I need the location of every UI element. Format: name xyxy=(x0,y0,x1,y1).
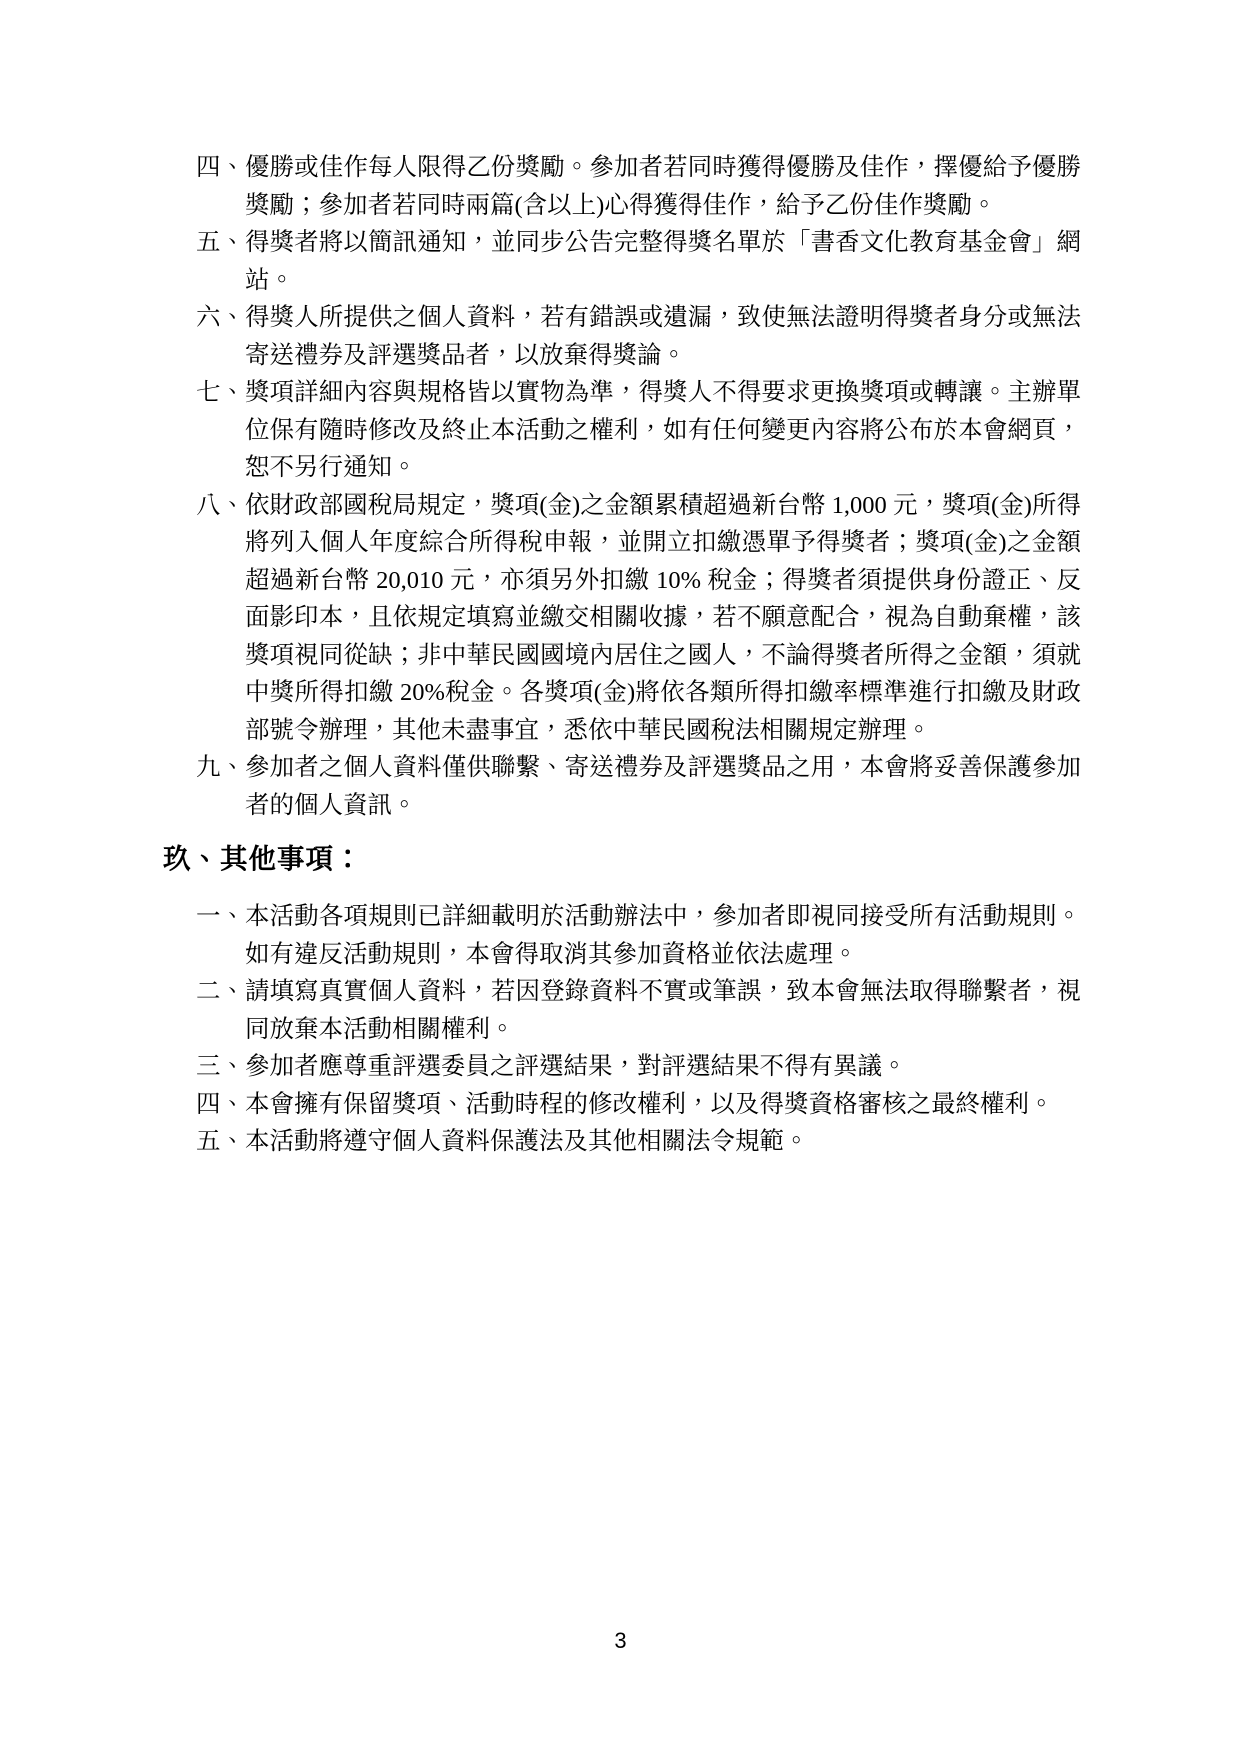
rule-item-text: 本會擁有保留獎項、活動時程的修改權利，以及得獎資格審核之最終權利。 xyxy=(245,1086,1081,1124)
rule-item-text: 得獎者將以簡訊通知，並同步公告完整得獎名單於「書香文化教育基金會」網站。 xyxy=(245,224,1081,299)
rule-item-text: 本活動各項規則已詳細載明於活動辦法中，參加者即視同接受所有活動規則。如有違反活動… xyxy=(245,898,1081,973)
rule-item: 八、 依財政部國稅局規定，獎項(金)之金額累積超過新台幣 1,000 元，獎項(… xyxy=(196,487,1081,750)
rule-item-text: 請填寫真實個人資料，若因登錄資料不實或筆誤，致本會無法取得聯繫者，視同放棄本活動… xyxy=(245,973,1081,1048)
rule-item-label: 二、 xyxy=(196,973,245,1011)
rule-item-text: 依財政部國稅局規定，獎項(金)之金額累積超過新台幣 1,000 元，獎項(金)所… xyxy=(245,487,1081,750)
page-content: 四、 優勝或佳作每人限得乙份獎勵。參加者若同時獲得優勝及佳作，擇優給予優勝獎勵；… xyxy=(0,0,1241,1161)
rule-item-label: 四、 xyxy=(196,1086,245,1124)
document-page: 四、 優勝或佳作每人限得乙份獎勵。參加者若同時獲得優勝及佳作，擇優給予優勝獎勵；… xyxy=(0,0,1241,1755)
rule-item-label: 九、 xyxy=(196,749,245,787)
rule-item-text: 本活動將遵守個人資料保護法及其他相關法令規範。 xyxy=(245,1123,1081,1161)
rule-item: 五、 得獎者將以簡訊通知，並同步公告完整得獎名單於「書香文化教育基金會」網站。 xyxy=(196,224,1081,299)
rule-item: 九、 參加者之個人資料僅供聯繫、寄送禮券及評選獎品之用，本會將妥善保護參加者的個… xyxy=(196,749,1081,824)
rule-item-text: 參加者應尊重評選委員之評選結果，對評選結果不得有異議。 xyxy=(245,1048,1081,1086)
rule-item: 六、 得獎人所提供之個人資料，若有錯誤或遺漏，致使無法證明得獎者身分或無法寄送禮… xyxy=(196,299,1081,374)
rule-item-text: 得獎人所提供之個人資料，若有錯誤或遺漏，致使無法證明得獎者身分或無法寄送禮券及評… xyxy=(245,299,1081,374)
rule-item-text: 參加者之個人資料僅供聯繫、寄送禮券及評選獎品之用，本會將妥善保護參加者的個人資訊… xyxy=(245,749,1081,824)
rule-item-label: 三、 xyxy=(196,1048,245,1086)
rule-item-text: 獎項詳細內容與規格皆以實物為準，得獎人不得要求更換獎項或轉讓。主辦單位保有隨時修… xyxy=(245,374,1081,487)
rule-item-label: 五、 xyxy=(196,224,245,262)
rule-item-label: 四、 xyxy=(196,149,245,187)
rule-item: 四、 本會擁有保留獎項、活動時程的修改權利，以及得獎資格審核之最終權利。 xyxy=(196,1086,1081,1124)
section-header-other-matters: 玖、其他事項： xyxy=(163,839,1081,879)
rule-item-label: 一、 xyxy=(196,898,245,936)
rule-item: 二、 請填寫真實個人資料，若因登錄資料不實或筆誤，致本會無法取得聯繫者，視同放棄… xyxy=(196,973,1081,1048)
rule-item: 七、 獎項詳細內容與規格皆以實物為準，得獎人不得要求更換獎項或轉讓。主辦單位保有… xyxy=(196,374,1081,487)
rule-item: 三、 參加者應尊重評選委員之評選結果，對評選結果不得有異議。 xyxy=(196,1048,1081,1086)
rule-item: 一、 本活動各項規則已詳細載明於活動辦法中，參加者即視同接受所有活動規則。如有違… xyxy=(196,898,1081,973)
rule-item: 五、 本活動將遵守個人資料保護法及其他相關法令規範。 xyxy=(196,1123,1081,1161)
page-number: 3 xyxy=(0,1628,1241,1654)
rule-item-label: 六、 xyxy=(196,299,245,337)
rule-item-label: 八、 xyxy=(196,487,245,525)
rule-item-label: 五、 xyxy=(196,1123,245,1161)
rule-item-label: 七、 xyxy=(196,374,245,412)
rule-item-text: 優勝或佳作每人限得乙份獎勵。參加者若同時獲得優勝及佳作，擇優給予優勝獎勵；參加者… xyxy=(245,149,1081,224)
rule-item: 四、 優勝或佳作每人限得乙份獎勵。參加者若同時獲得優勝及佳作，擇優給予優勝獎勵；… xyxy=(196,149,1081,224)
